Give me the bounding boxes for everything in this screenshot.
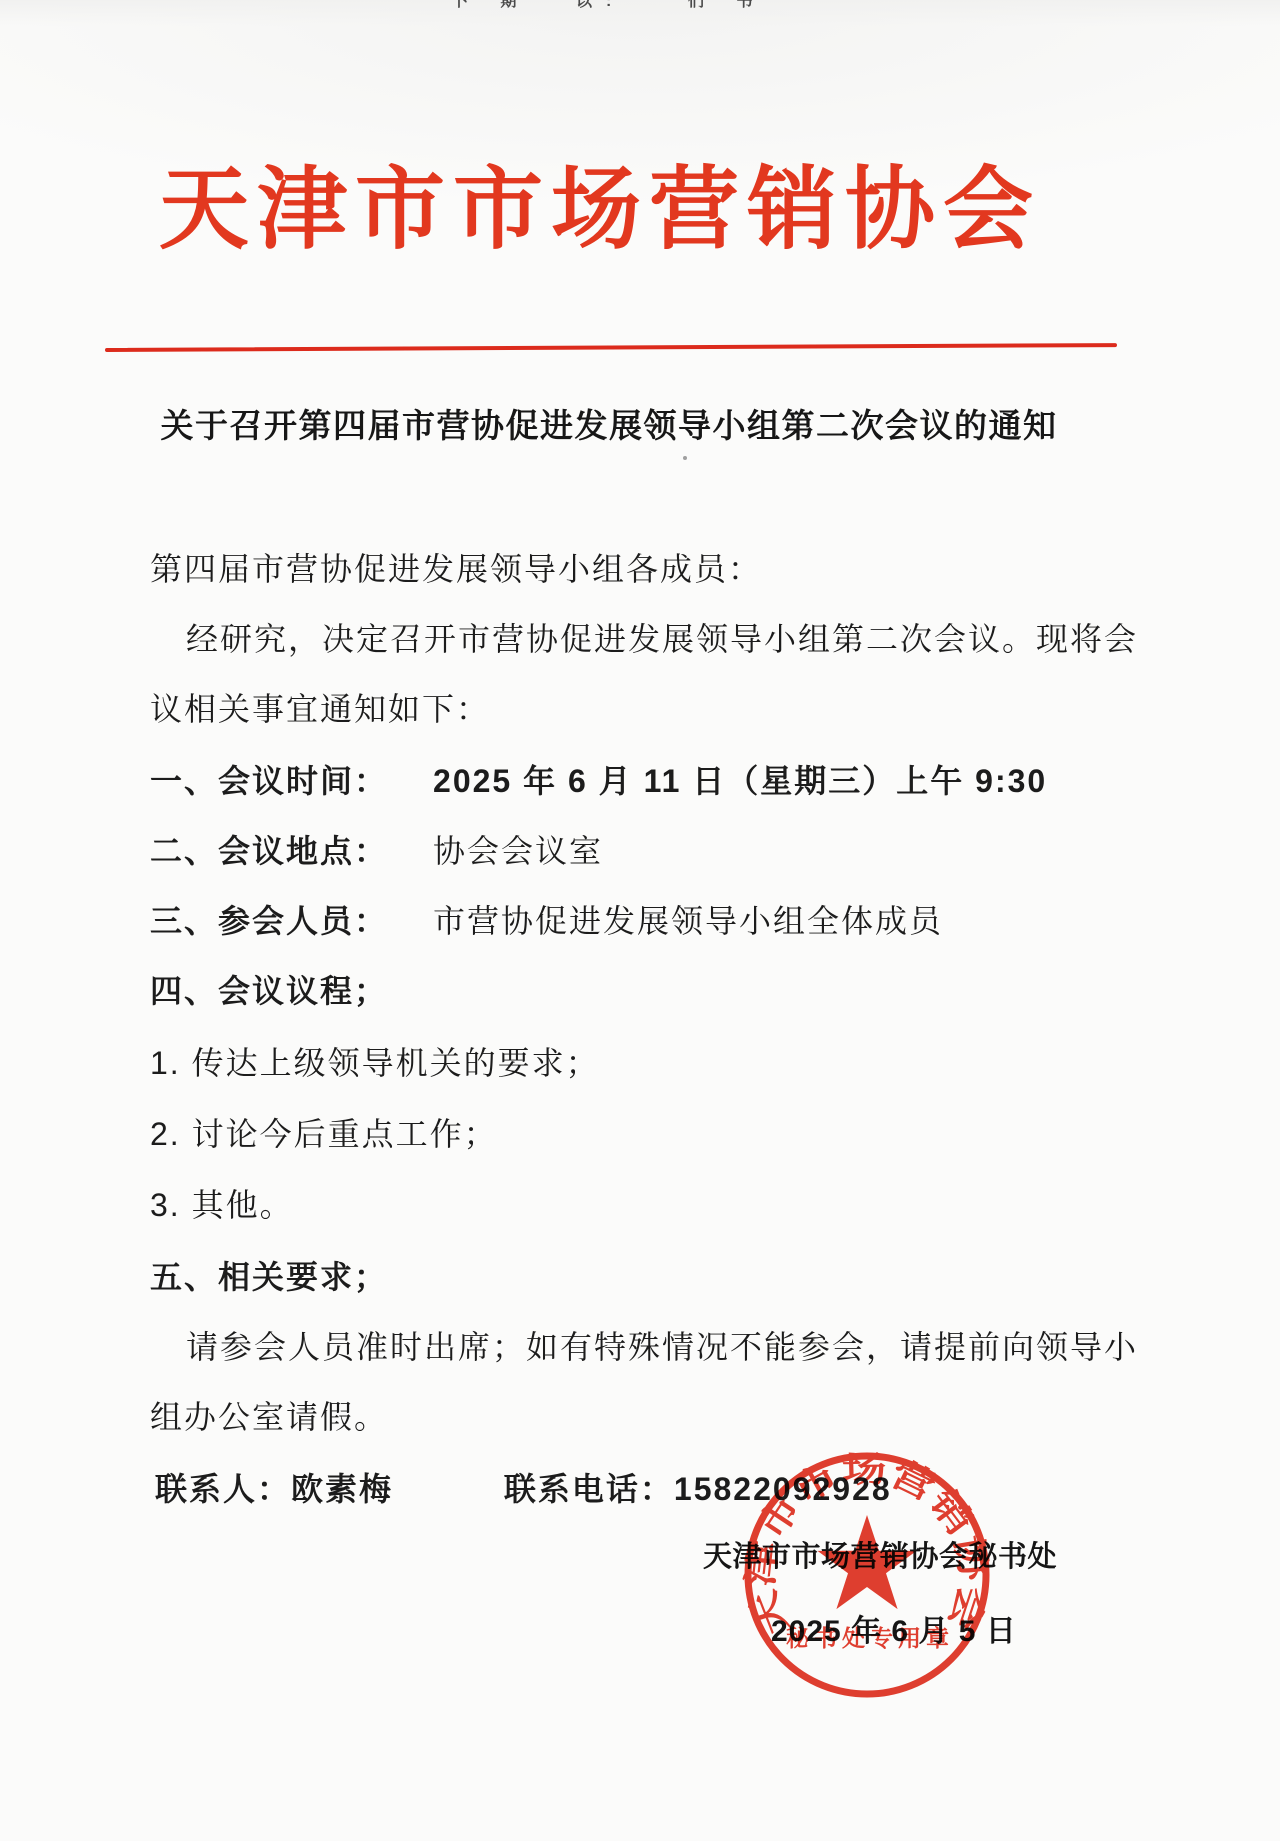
meeting-time-row: 一、会议时间：2025 年 6 月 11 日（星期三）上午 9:30 <box>150 761 1047 801</box>
meeting-time-value: 2025 年 6 月 11 日（星期三）上午 9:30 <box>433 761 1047 801</box>
stamp-bottom-text: 秘书处专用章 <box>786 1625 954 1651</box>
stamp-star-icon <box>818 1515 917 1609</box>
contact-person: 联系人：欧素梅 <box>155 1471 393 1507</box>
intro-line-1: 经研究，决定召开市营协促进发展领导小组第二次会议。现将会 <box>186 619 1138 659</box>
agenda-item-2: 2. 讨论今后重点工作； <box>150 1114 498 1154</box>
scan-artifact-fragment: 们 书 <box>688 0 766 9</box>
official-red-stamp: 天津市市场营销协会 秘书处专用章 <box>717 1425 1017 1725</box>
requirements-line-1: 请参会人员准时出席；如有特殊情况不能参会，请提前向领导小 <box>186 1327 1138 1367</box>
intro-line-2: 议相关事宜通知如下： <box>150 689 490 729</box>
agenda-item-1: 1. 传达上级领导机关的要求； <box>150 1043 600 1083</box>
document-title: 关于召开第四届市营协促进发展领导小组第二次会议的通知 <box>0 406 1218 446</box>
attendees-row: 三、参会人员：市营协促进发展领导小组全体成员 <box>150 901 943 941</box>
organization-title: 天津市市场营销协会 <box>58 156 1142 266</box>
meeting-time-label: 一、会议时间： <box>150 763 388 799</box>
meeting-place-row: 二、会议地点：协会会议室 <box>150 831 603 871</box>
attendees-label: 三、参会人员： <box>150 903 388 939</box>
scan-artifact-fragment: 以: <box>576 0 625 9</box>
scanned-notice-page: 卜 期 以: 们 书 天津市市场营销协会 关于召开第四届市营协促进发展领导小组第… <box>0 0 1280 1841</box>
scan-speck <box>683 456 687 460</box>
attendees-value: 市营协促进发展领导小组全体成员 <box>433 901 943 941</box>
meeting-place-value: 协会会议室 <box>433 831 603 871</box>
header-divider-line <box>105 343 1117 352</box>
requirements-section-label: 五、相关要求； <box>150 1257 388 1297</box>
agenda-section-label: 四、会议议程； <box>150 973 388 1009</box>
agenda-item-3: 3. 其他。 <box>150 1185 294 1225</box>
salutation-line: 第四届市营协促进发展领导小组各成员： <box>150 549 762 589</box>
meeting-place-label: 二、会议地点： <box>150 833 388 869</box>
agenda-section-row: 四、会议议程； <box>150 971 388 1011</box>
scan-artifact-fragment: 卜 期 <box>452 0 530 9</box>
requirements-line-2: 组办公室请假。 <box>150 1397 388 1437</box>
scan-artifact-strip: 卜 期 以: 们 书 <box>0 0 1280 9</box>
